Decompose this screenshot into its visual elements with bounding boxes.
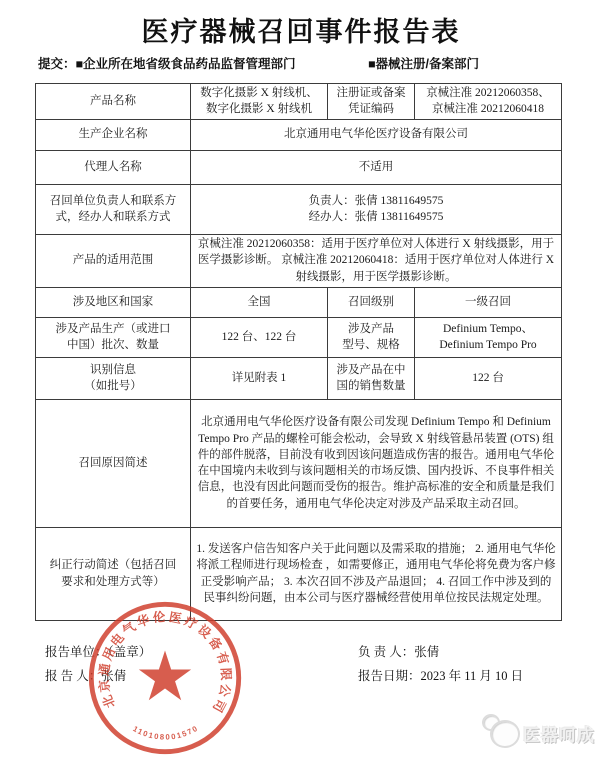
model-label: 涉及产品 型号、规格 — [328, 317, 415, 357]
company-seal-stamp: 北京通用电气华伦医疗设备有限公司 1101080015704 — [84, 597, 246, 759]
row-identification-sales: 识别信息 （如批号） 详见附表 1 涉及产品在中 国的销售数量 122 台 — [36, 357, 562, 399]
identification-label: 识别信息 （如批号） — [36, 357, 191, 399]
scope-label: 产品的适用范围 — [36, 234, 191, 287]
contacts-label: 召回单位负责人和联系方 式，经办人和联系方式 — [36, 184, 191, 234]
report-date-line: 报告日期：2023 年 11 月 10 日 — [358, 664, 523, 688]
model-value: Definium Tempo、 Definium Tempo Pro — [415, 317, 562, 357]
registration-label: 注册证或备案 凭证编码 — [328, 84, 415, 120]
china-sales-label: 涉及产品在中 国的销售数量 — [328, 357, 415, 399]
responsible-line: 负 责 人：张倩 — [358, 640, 523, 664]
scope-value: 京械注准 20212060358：适用于医疗单位对人体进行 X 射线摄影，用于医… — [191, 234, 562, 287]
footer-right: 负 责 人：张倩 报告日期：2023 年 11 月 10 日 — [358, 640, 523, 688]
row-recall-reason: 召回原因简述 北京通用电气华伦医疗设备有限公司发现 Definium Tempo… — [36, 399, 562, 527]
row-region-level: 涉及地区和国家 全国 召回级别 一级召回 — [36, 287, 562, 317]
registration-value: 京械注准 20212060358、 京械注准 20212060418 — [415, 84, 562, 120]
row-manufacturer: 生产企业名称 北京通用电气华伦医疗设备有限公司 — [36, 119, 562, 150]
agent-label: 代理人名称 — [36, 150, 191, 184]
region-value: 全国 — [191, 287, 328, 317]
row-contacts: 召回单位负责人和联系方 式，经办人和联系方式 负责人：张倩 1381164957… — [36, 184, 562, 234]
action-value: 1. 发送客户信告知客户关于此问题以及需采取的措施； 2. 通用电气华伦将派工程… — [191, 527, 562, 620]
contacts-value: 负责人：张倩 13811649575 经办人：张倩 13811649575 — [191, 184, 562, 234]
recall-level-label: 召回级别 — [328, 287, 415, 317]
region-label: 涉及地区和国家 — [36, 287, 191, 317]
page-title: 医疗器械召回事件报告表 — [0, 10, 602, 49]
seal-star-icon — [139, 650, 191, 700]
recall-report-table: 产品名称 数字化摄影 X 射线机、 数字化摄影 X 射线机 注册证或备案 凭证编… — [35, 83, 562, 621]
agent-value: 不适用 — [191, 150, 562, 184]
recall-report-document: 医疗器械召回事件报告表 提交：■企业所在地省级食品药品监督管理部门 ■器械注册/… — [0, 0, 602, 762]
reason-value: 北京通用电气华伦医疗设备有限公司发现 Definium Tempo 和 Defi… — [191, 399, 562, 527]
row-scope: 产品的适用范围 京械注准 20212060358：适用于医疗单位对人体进行 X … — [36, 234, 562, 287]
manufacturer-value: 北京通用电气华伦医疗设备有限公司 — [191, 119, 562, 150]
batch-value: 122 台、122 台 — [191, 317, 328, 357]
row-agent: 代理人名称 不适用 — [36, 150, 562, 184]
china-sales-value: 122 台 — [415, 357, 562, 399]
row-product-name: 产品名称 数字化摄影 X 射线机、 数字化摄影 X 射线机 注册证或备案 凭证编… — [36, 84, 562, 120]
submit-option-provincial: 提交：■企业所在地省级食品药品监督管理部门 — [38, 57, 296, 71]
submit-line: 提交：■企业所在地省级食品药品监督管理部门 ■器械注册/备案部门 — [38, 54, 578, 72]
batch-label: 涉及产品生产（或进口 中国）批次、数量 — [36, 317, 191, 357]
mascot-icon — [490, 720, 520, 748]
manufacturer-label: 生产企业名称 — [36, 119, 191, 150]
reason-label: 召回原因简述 — [36, 399, 191, 527]
watermark-text: 医器呵成 — [523, 721, 595, 746]
watermark-logo: 医器呵成 — [478, 712, 598, 754]
recall-level-value: 一级召回 — [415, 287, 562, 317]
submit-option-registration: ■器械注册/备案部门 — [368, 54, 479, 72]
identification-value: 详见附表 1 — [191, 357, 328, 399]
row-batch-model: 涉及产品生产（或进口 中国）批次、数量 122 台、122 台 涉及产品 型号、… — [36, 317, 562, 357]
product-name-label: 产品名称 — [36, 84, 191, 120]
product-name-value: 数字化摄影 X 射线机、 数字化摄影 X 射线机 — [191, 84, 328, 120]
